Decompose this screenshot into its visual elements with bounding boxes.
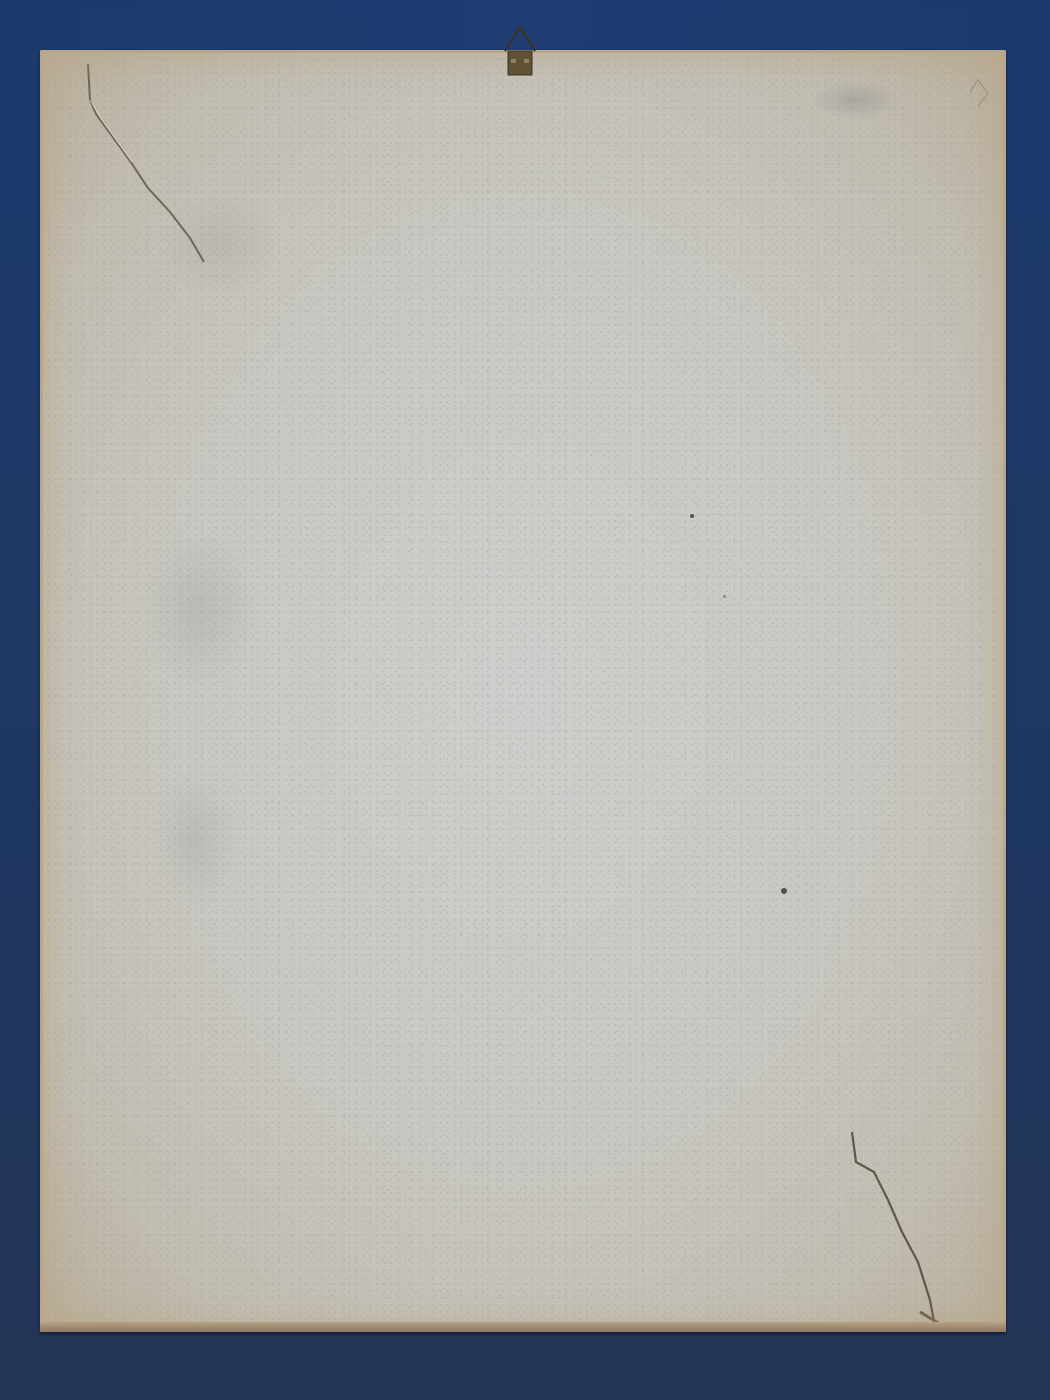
board-cracks — [40, 50, 1006, 1332]
cardboard-backing — [40, 50, 1006, 1332]
brass-hanger-icon — [500, 25, 540, 81]
board-bottom-edge — [40, 1322, 1006, 1332]
